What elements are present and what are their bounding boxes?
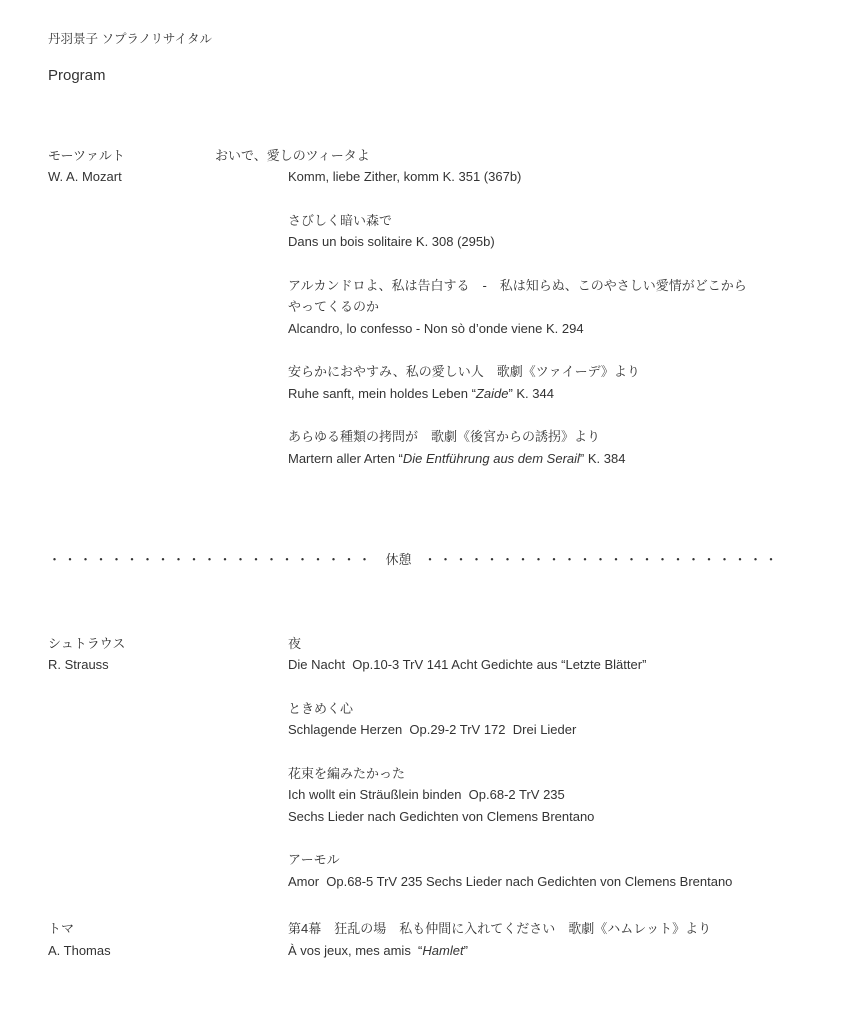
piece-title-en-suffix: ” K. 384: [580, 451, 626, 466]
piece-title-ja: ときめく心: [288, 698, 818, 720]
pieces-column: 第4幕 狂乱の場 私も仲間に入れてください 歌劇《ハムレット》より À vos …: [288, 918, 818, 983]
opera-title-italic: Hamlet: [422, 943, 463, 958]
intermission-label: 休憩: [386, 549, 412, 571]
piece-title-en-text: Ruhe sanft, mein holdes Leben “: [288, 386, 476, 401]
opera-title-italic: Die Entführung aus dem Serail: [403, 451, 580, 466]
piece-title-en-line2: Sechs Lieder nach Gedichten von Clemens …: [288, 806, 818, 828]
piece: おいで、愛しのツィータよ Komm, liebe Zither, komm K.…: [288, 145, 818, 188]
piece-title-en: Komm, liebe Zither, komm K. 351 (367b): [288, 166, 818, 188]
piece-title-ja: あらゆる種類の拷問が 歌劇《後宮からの誘拐》より: [288, 426, 818, 448]
intermission-line: ・・・・・・・・・・・・・・・・・・・・・ 休憩 ・・・・・・・・・・・・・・・…: [48, 549, 818, 571]
opera-title-italic: Zaide: [476, 386, 509, 401]
piece: アーモル Amor Op.68-5 TrV 235 Sechs Lieder n…: [288, 849, 818, 892]
piece-title-en: Schlagende Herzen Op.29-2 TrV 172 Drei L…: [288, 719, 818, 741]
piece-title-ja: さびしく暗い森で: [288, 210, 818, 232]
piece: さびしく暗い森で Dans un bois solitaire K. 308 (…: [288, 210, 818, 253]
piece-title-en: Ich wollt ein Sträußlein binden Op.68-2 …: [288, 784, 818, 806]
piece-title-en: Alcandro, lo confesso - Non sò d’onde vi…: [288, 318, 818, 340]
piece-title-en-text: Martern aller Arten “: [288, 451, 403, 466]
composer-cell: モーツァルト W. A. Mozart: [48, 145, 288, 492]
intermission-dots-right: ・・・・・・・・・・・・・・・・・・・・・・・: [424, 549, 781, 571]
intermission-dots-left: ・・・・・・・・・・・・・・・・・・・・・: [48, 549, 374, 571]
piece-title-en: À vos jeux, mes amis “Hamlet”: [288, 940, 818, 962]
piece-title-en: Martern aller Arten “Die Entführung aus …: [288, 448, 818, 470]
piece-title-en: Ruhe sanft, mein holdes Leben “Zaide” K.…: [288, 383, 818, 405]
piece-title-en-text: À vos jeux, mes amis “: [288, 943, 422, 958]
piece-title-en-suffix: ” K. 344: [508, 386, 554, 401]
piece-title-ja: 第4幕 狂乱の場 私も仲間に入れてください 歌劇《ハムレット》より: [288, 918, 818, 940]
pieces-column: おいで、愛しのツィータよ Komm, liebe Zither, komm K.…: [288, 145, 818, 492]
recital-title: 丹羽景子 ソプラノリサイタル: [48, 29, 818, 51]
composer-cell: トマ A. Thomas: [48, 918, 288, 983]
piece-title-ja-line2: やってくるのか: [288, 296, 818, 318]
pieces-column: 夜 Die Nacht Op.10-3 TrV 141 Acht Gedicht…: [288, 633, 818, 915]
piece-title-en: Die Nacht Op.10-3 TrV 141 Acht Gedichte …: [288, 654, 818, 676]
program-page: 丹羽景子 ソプラノリサイタル Program モーツァルト W. A. Moza…: [0, 0, 858, 983]
piece: 花束を編みたかった Ich wollt ein Sträußlein binde…: [288, 763, 818, 828]
piece-title-ja: おいで、愛しのツィータよ: [215, 145, 818, 167]
composer-group-mozart: モーツァルト W. A. Mozart おいで、愛しのツィータよ Komm, l…: [48, 145, 818, 492]
piece: あらゆる種類の拷問が 歌劇《後宮からの誘拐》より Martern aller A…: [288, 426, 818, 469]
piece: アルカンドロよ、私は告白する - 私は知らぬ、このやさしい愛情がどこから やって…: [288, 275, 818, 340]
piece-title-ja: 夜: [288, 633, 818, 655]
piece-title-en: Dans un bois solitaire K. 308 (295b): [288, 231, 818, 253]
piece-title-ja: アルカンドロよ、私は告白する - 私は知らぬ、このやさしい愛情がどこから: [288, 275, 818, 297]
piece: 第4幕 狂乱の場 私も仲間に入れてください 歌劇《ハムレット》より À vos …: [288, 918, 818, 961]
composer-group-strauss: シュトラウス R. Strauss 夜 Die Nacht Op.10-3 Tr…: [48, 633, 818, 915]
composer-name-ja: トマ: [48, 918, 288, 940]
program-heading: Program: [48, 65, 818, 87]
piece: 夜 Die Nacht Op.10-3 TrV 141 Acht Gedicht…: [288, 633, 818, 676]
composer-name-en: A. Thomas: [48, 940, 288, 962]
composer-cell: シュトラウス R. Strauss: [48, 633, 288, 915]
piece: ときめく心 Schlagende Herzen Op.29-2 TrV 172 …: [288, 698, 818, 741]
piece: 安らかにおやすみ、私の愛しい人 歌劇《ツァイーデ》より Ruhe sanft, …: [288, 361, 818, 404]
composer-name-ja: シュトラウス: [48, 633, 288, 655]
piece-title-ja: アーモル: [288, 849, 818, 871]
piece-title-en: Amor Op.68-5 TrV 235 Sechs Lieder nach G…: [288, 871, 818, 893]
composer-group-thomas: トマ A. Thomas 第4幕 狂乱の場 私も仲間に入れてください 歌劇《ハム…: [48, 918, 818, 983]
piece-title-en-suffix: ”: [464, 943, 468, 958]
composer-name-en: R. Strauss: [48, 654, 288, 676]
piece-title-ja: 安らかにおやすみ、私の愛しい人 歌劇《ツァイーデ》より: [288, 361, 818, 383]
piece-title-ja: 花束を編みたかった: [288, 763, 818, 785]
composer-name-en: W. A. Mozart: [48, 166, 288, 188]
